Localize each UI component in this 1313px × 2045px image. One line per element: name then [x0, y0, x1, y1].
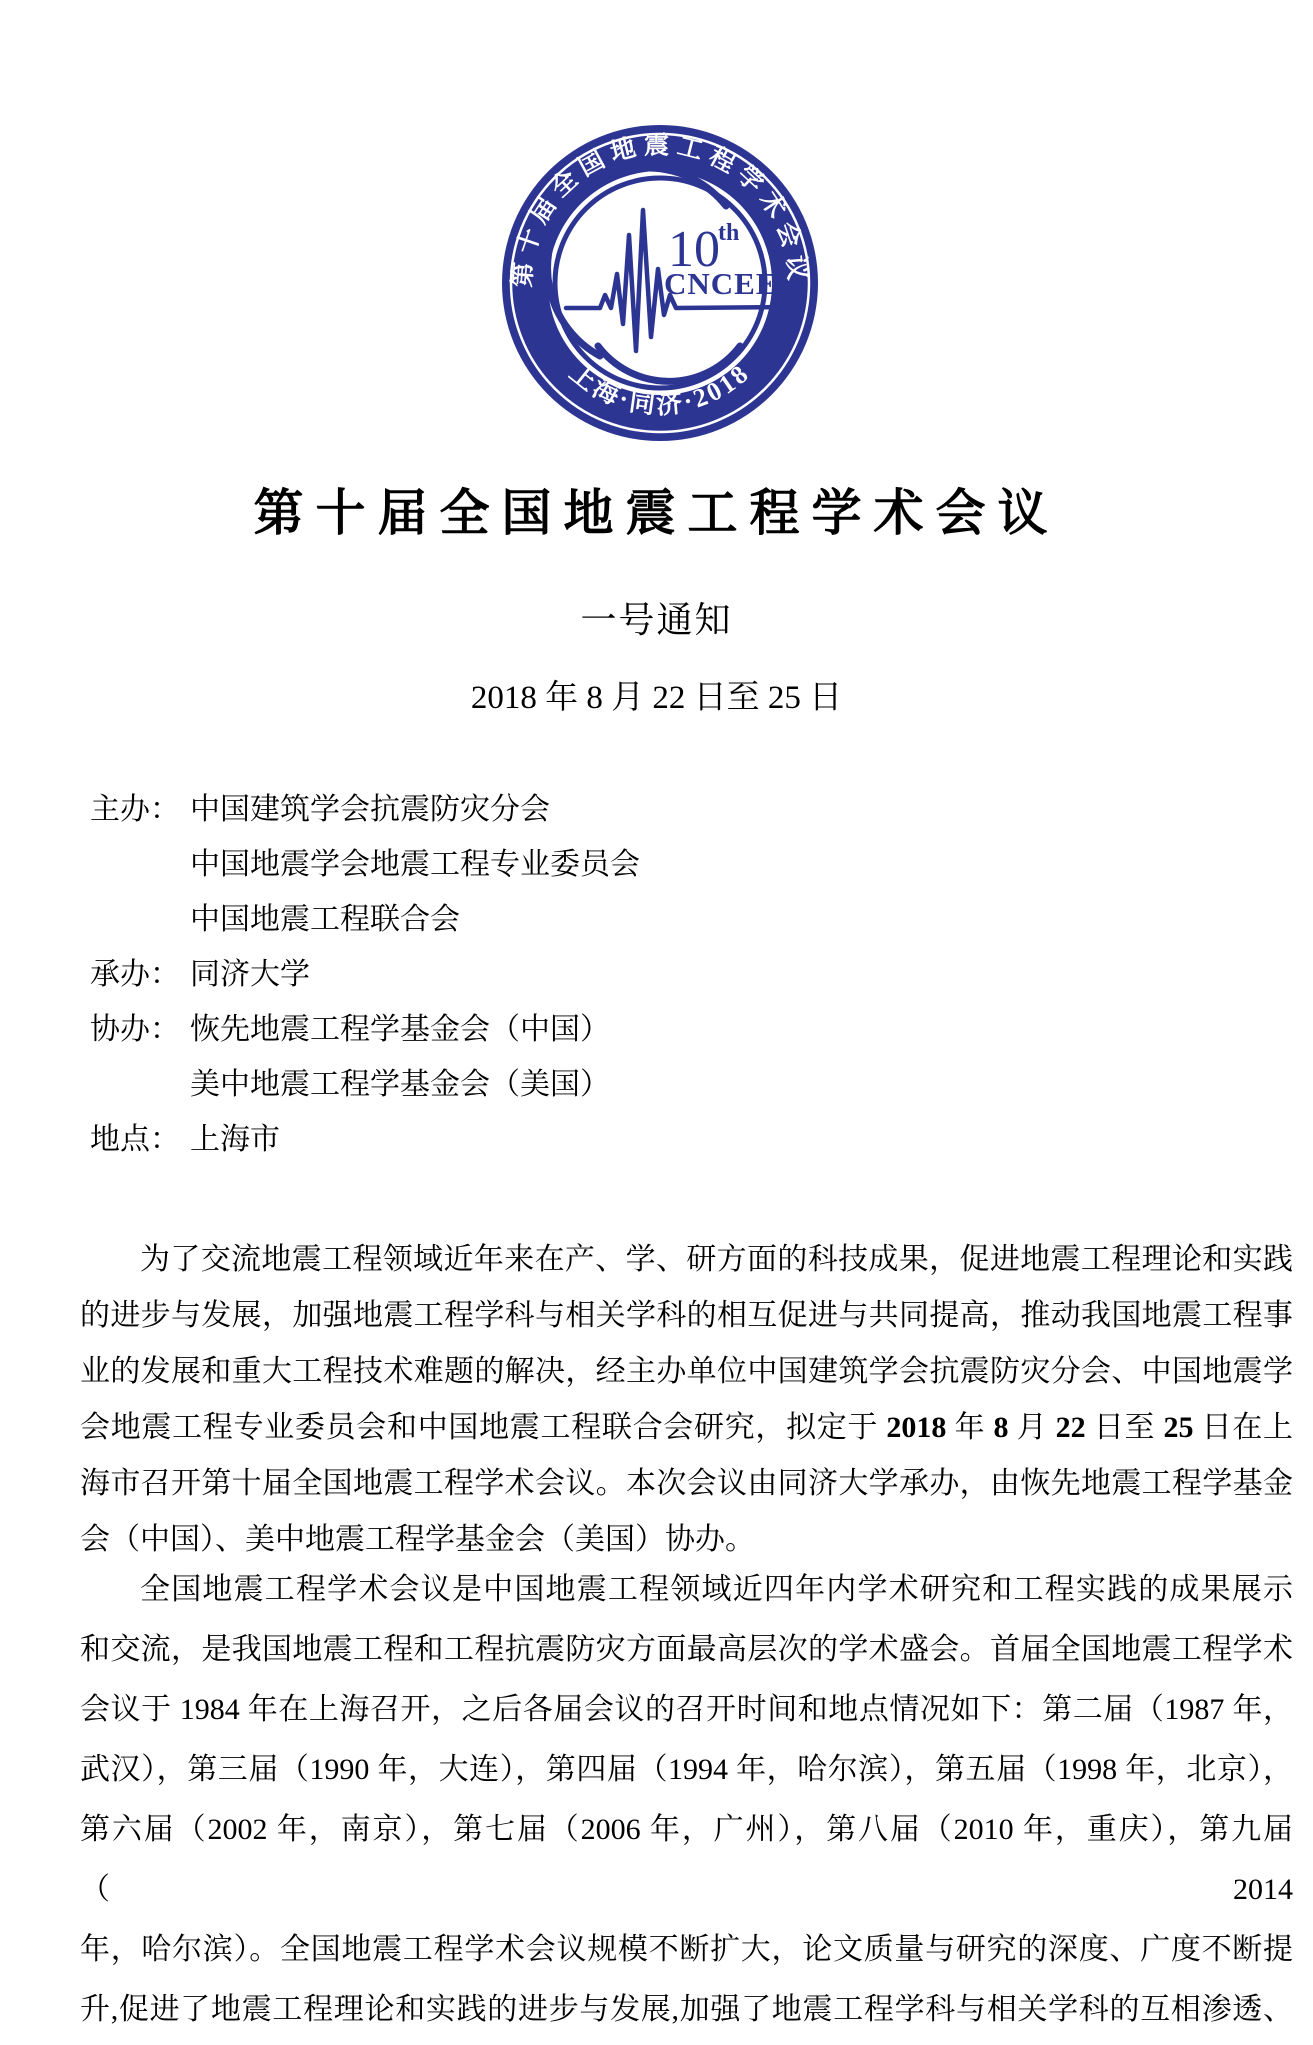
org-name: 美中地震工程学基金会（美国）	[190, 1057, 1230, 1112]
organizers-list: 主办：中国建筑学会抗震防灾分会中国地震学会地震工程专业委员会中国地震工程联合会承…	[90, 782, 1230, 1167]
paragraph-line: 武汉），第三届（1990 年，大连），第四届（1994 年，哈尔滨），第五届（1…	[80, 1740, 1293, 1800]
paragraph-line: 年，哈尔滨）。全国地震工程学术会议规模不断扩大，论文质量与研究的深度、广度不断提	[80, 1920, 1293, 1980]
org-name: 中国地震工程联合会	[190, 892, 1230, 947]
conference-logo: 第十届全国地震工程学术会议 上海·同济·2018 10 th CNCEE	[500, 118, 820, 448]
notice-subtitle: 一号通知	[0, 598, 1313, 642]
org-row: 主办：中国建筑学会抗震防灾分会	[90, 782, 1230, 837]
paragraph-line: 升,促进了地震工程理论和实践的进步与发展,加强了地震工程学科与相关学科的互相渗透…	[80, 1980, 1293, 2040]
org-name: 中国地震学会地震工程专业委员会	[190, 837, 1230, 892]
paragraph-line: 第六届（2002 年，南京），第七届（2006 年，广州），第八届（2010 年…	[80, 1800, 1293, 1920]
conference-dates: 2018 年 8 月 22 日至 25 日	[0, 678, 1313, 718]
org-role-label	[90, 837, 190, 892]
paragraph-line: 和交流，是我国地震工程和工程抗震防灾方面最高层次的学术盛会。首届全国地震工程学术	[80, 1620, 1293, 1680]
paragraph-line: 全国地震工程学术会议是中国地震工程领域近四年内学术研究和工程实践的成果展示	[80, 1560, 1293, 1620]
org-role-label: 承办：	[90, 947, 190, 1002]
conference-title: 第十届全国地震工程学术会议	[0, 483, 1313, 543]
org-row: 中国地震学会地震工程专业委员会	[90, 837, 1230, 892]
org-role-label: 协办：	[90, 1002, 190, 1057]
paragraph-line: 会地震工程专业委员会和中国地震工程联合会研究，拟定于 2018 年 8 月 22…	[80, 1400, 1293, 1456]
org-row: 中国地震工程联合会	[90, 892, 1230, 947]
org-name: 中国建筑学会抗震防灾分会	[190, 782, 1230, 837]
org-row: 地点：上海市	[90, 1112, 1230, 1167]
paragraph: 全国地震工程学术会议是中国地震工程领域近四年内学术研究和工程实践的成果展示和交流…	[80, 1560, 1293, 2040]
paragraph-line: 的进步与发展，加强地震工程学科与相关学科的相互促进与共同提高，推动我国地震工程事	[80, 1288, 1293, 1344]
org-role-label	[90, 892, 190, 947]
logo-acronym: CNCEE	[664, 266, 778, 301]
org-name: 同济大学	[190, 947, 1230, 1002]
paragraph-line: 海市召开第十届全国地震工程学术会议。本次会议由同济大学承办，由恢先地震工程学基金	[80, 1456, 1293, 1512]
org-role-label	[90, 1057, 190, 1112]
org-row: 协办：恢先地震工程学基金会（中国）	[90, 1002, 1230, 1057]
logo-ordinal-suffix: th	[718, 220, 739, 246]
paragraph: 为了交流地震工程领域近年来在产、学、研方面的科技成果，促进地震工程理论和实践的进…	[80, 1232, 1293, 1568]
org-row: 承办：同济大学	[90, 947, 1230, 1002]
paragraph-line: 会议于 1984 年在上海召开，之后各届会议的召开时间和地点情况如下：第二届（1…	[80, 1680, 1293, 1740]
org-name: 上海市	[190, 1112, 1230, 1167]
document-page: 第十届全国地震工程学术会议 上海·同济·2018 10 th CNCEE 第十届…	[0, 0, 1313, 2045]
org-row: 美中地震工程学基金会（美国）	[90, 1057, 1230, 1112]
paragraph-line: 业的发展和重大工程技术难题的解决，经主办单位中国建筑学会抗震防灾分会、中国地震学	[80, 1344, 1293, 1400]
org-role-label: 地点：	[90, 1112, 190, 1167]
org-role-label: 主办：	[90, 782, 190, 837]
org-name: 恢先地震工程学基金会（中国）	[190, 1002, 1230, 1057]
paragraph-line: 为了交流地震工程领域近年来在产、学、研方面的科技成果，促进地震工程理论和实践	[80, 1232, 1293, 1288]
